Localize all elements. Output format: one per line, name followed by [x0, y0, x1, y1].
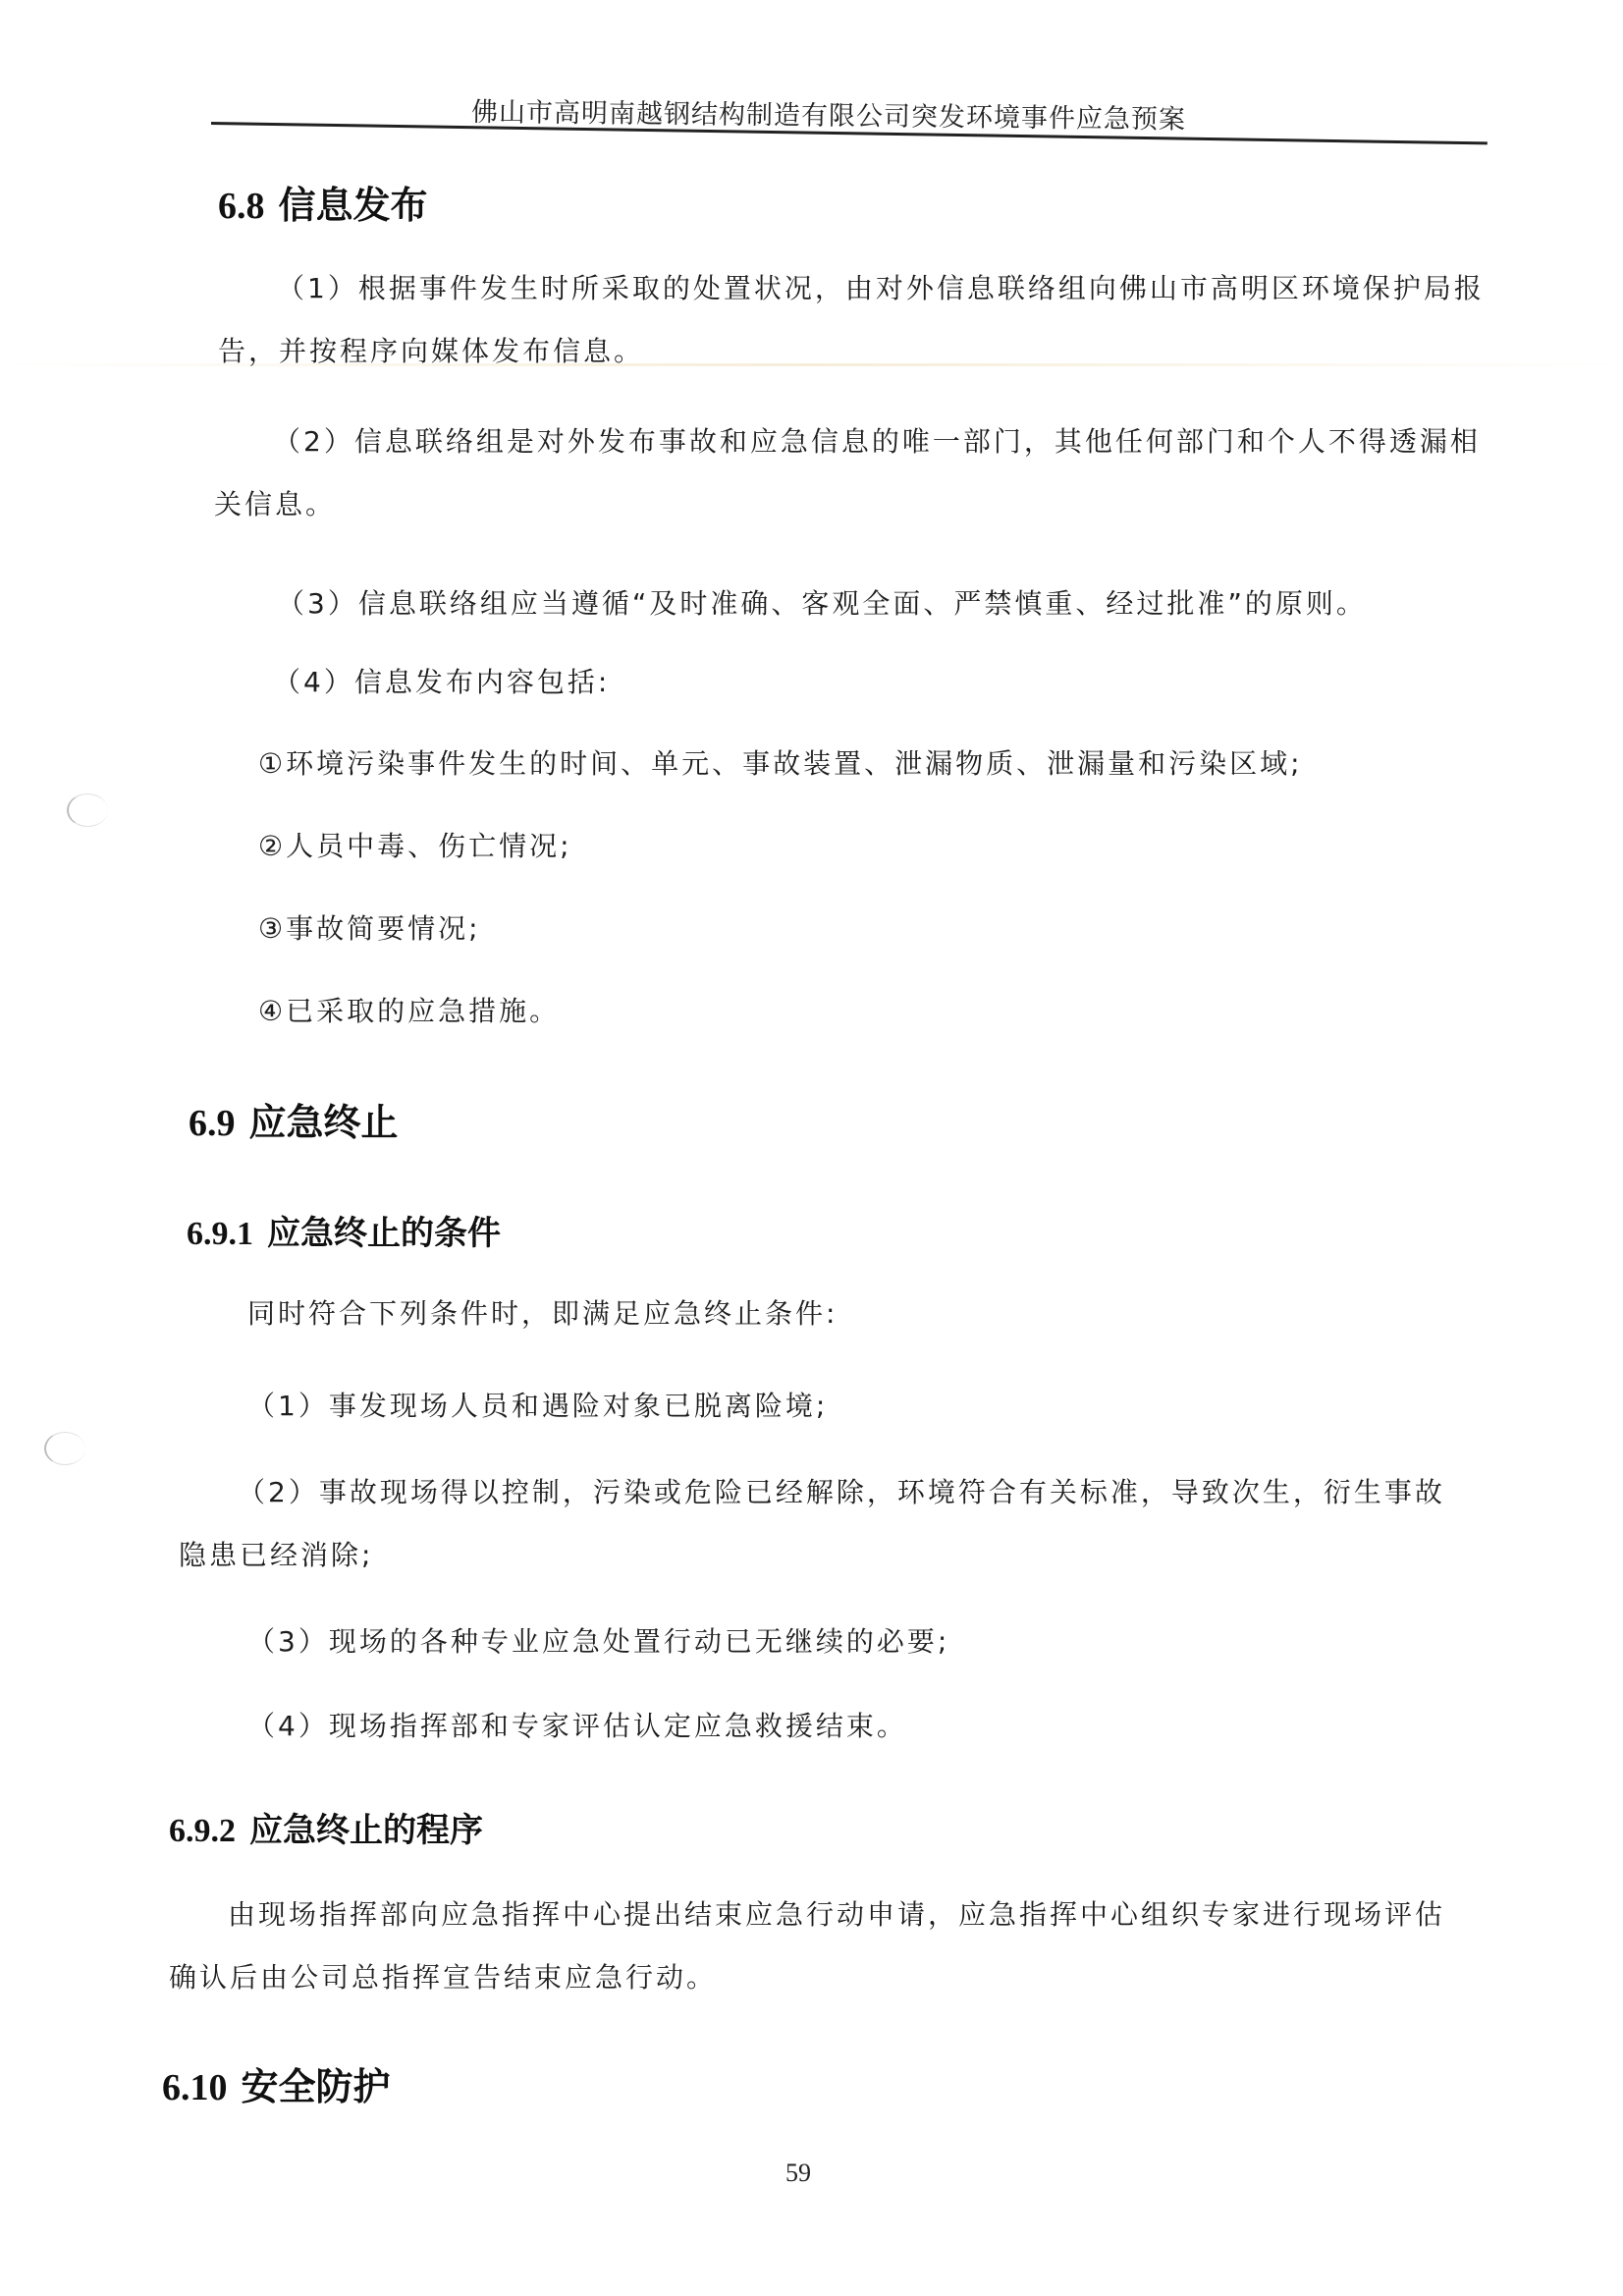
list-item-6-8-1: ①环境污染事件发生的时间、单元、事故装置、泄漏物质、泄漏量和污染区域; [258, 733, 1535, 795]
paragraph-6-8-1: （1）根据事件发生时所采取的处置状况，由对外信息联络组向佛山市高明区环境保护局报… [218, 257, 1494, 383]
paragraph-6-9-1-intro: 同时符合下列条件时，即满足应急终止条件: [247, 1283, 838, 1345]
section-number: 6.10 [162, 2067, 228, 2108]
section-title: 应急终止 [249, 1100, 399, 1144]
section-number: 6.8 [218, 186, 265, 227]
section-number: 6.9 [189, 1103, 236, 1144]
list-item-6-8-3: ③事故简要情况; [258, 898, 481, 960]
page-number: 59 [785, 2159, 811, 2188]
subsection-number: 6.9.1 [187, 1216, 253, 1252]
subsection-heading-6-9-2: 6.9.2应急终止的程序 [169, 1803, 483, 1851]
document-page: 佛山市高明南越钢结构制造有限公司突发环境事件应急预案 6.8信息发布 （1）根据… [0, 0, 1623, 2296]
punch-hole-mark [67, 793, 108, 827]
section-heading-6-10: 6.10安全防护 [162, 2056, 391, 2110]
section-heading-6-8: 6.8信息发布 [218, 175, 428, 229]
list-item-6-9-1-4: （4）现场指挥部和专家评估认定应急救援结束。 [247, 1695, 907, 1758]
paragraph-6-8-2: （2）信息联络组是对外发布事故和应急信息的唯一部门，其他任何部门和个人不得透漏相… [214, 410, 1490, 536]
subsection-title: 应急终止的程序 [249, 1811, 483, 1850]
list-item-6-9-1-1: （1）事发现场人员和遇险对象已脱离险境; [247, 1375, 828, 1438]
paragraph-6-8-3: （3）信息联络组应当遵循“及时准确、客观全面、严禁慎重、经过批准”的原则。 [277, 573, 1514, 635]
section-title: 信息发布 [279, 183, 428, 227]
list-item-6-8-4: ④已采取的应急措施。 [258, 980, 560, 1043]
paragraph-6-9-2: 由现场指挥部向应急指挥中心提出结束应急行动申请，应急指挥中心组织专家进行现场评估… [169, 1884, 1445, 2009]
list-item-6-9-1-3: （3）现场的各种专业应急处置行动已无继续的必要; [247, 1611, 949, 1673]
paragraph-6-8-4: （4）信息发布内容包括: [273, 651, 1510, 714]
subsection-heading-6-9-1: 6.9.1应急终止的条件 [187, 1206, 501, 1254]
section-heading-6-9: 6.9应急终止 [189, 1092, 399, 1146]
section-title: 安全防护 [242, 2064, 391, 2108]
list-item-6-9-1-2: （2）事故现场得以控制，污染或危险已经解除，环境符合有关标准，导致次生，衍生事故… [179, 1461, 1455, 1587]
punch-hole-mark [44, 1432, 85, 1465]
subsection-title: 应急终止的条件 [267, 1214, 501, 1253]
list-item-6-8-2: ②人员中毒、伤亡情况; [258, 815, 572, 878]
subsection-number: 6.9.2 [169, 1813, 236, 1849]
